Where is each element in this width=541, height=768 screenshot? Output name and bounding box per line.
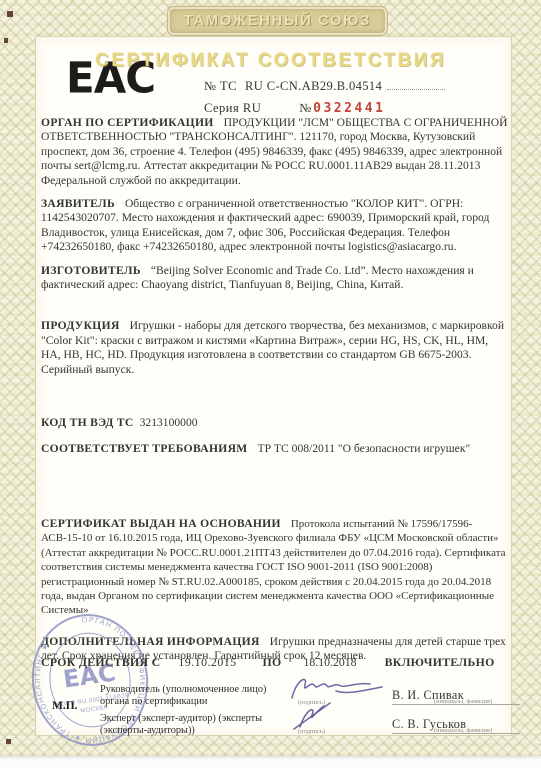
stamp-place-label: М.П. <box>52 700 78 712</box>
signature-field: (подпись) <box>280 713 392 739</box>
customs-union-badge-label: ТАМОЖЕННЫЙ СОЮЗ <box>183 12 370 29</box>
scan-mark <box>7 11 13 17</box>
section-basis: СЕРТИФИКАТ ВЫДАН НА ОСНОВАНИИПротокола и… <box>41 517 508 618</box>
section-compliance: СООТВЕТСТВУЕТ ТРЕБОВАНИЯМТР ТС 008/2011 … <box>41 442 508 456</box>
section-manufacturer-label: ИЗГОТОВИТЕЛЬ <box>41 264 141 277</box>
series-line: Серия RU№0322441 <box>204 101 445 116</box>
validity-to-date: 18.10.2018 <box>303 655 356 669</box>
customs-union-badge: ТАМОЖЕННЫЙ СОЮЗ <box>167 7 386 35</box>
section-product: ПРОДУКЦИЯИгрушки - наборы для детского т… <box>41 319 508 377</box>
validity-row: СРОК ДЕЙСТВИЯ С19.10.2015ПО18.10.2018ВКЛ… <box>41 655 495 670</box>
signatory-name-field: В. И. Спивак (инициалы, фамилия) <box>392 684 520 705</box>
dotted-line <box>387 79 445 90</box>
section-hs-code-value: 3213100000 <box>140 416 198 429</box>
section-applicant-label: ЗАЯВИТЕЛЬ <box>41 197 115 210</box>
series-label: Серия RU <box>204 101 261 115</box>
section-hs-code-label: КОД ТН ВЭД ТС <box>41 416 134 429</box>
signature-role: Руководитель (уполномоченное лицо) орган… <box>100 684 280 708</box>
section-compliance-text: ТР ТС 008/2011 "О безопасности игрушек" <box>258 442 471 455</box>
validity-to-label: ПО <box>263 655 282 669</box>
certificate-scan: ТАМОЖЕННЫЙ СОЮЗ СЕРТИФИКАТ СООТВЕТСТВИЯ … <box>0 0 541 756</box>
signatory-name-caption: (инициалы, фамилия) <box>434 727 492 734</box>
signature-role: Эксперт (эксперт-аудитор) (эксперты (экс… <box>100 713 280 737</box>
signatory-name-caption: (инициалы, фамилия) <box>434 698 492 705</box>
validity-from-date: 19.10.2015 <box>178 655 236 669</box>
series-number-value: 0322441 <box>313 101 385 116</box>
section-certification-body: ОРГАН ПО СЕРТИФИКАЦИИПРОДУКЦИИ "ЛСМ" ОБЩ… <box>41 116 508 188</box>
signature-caption: (подпись) <box>298 728 325 735</box>
section-product-label: ПРОДУКЦИЯ <box>41 319 120 332</box>
scan-mark <box>6 739 11 744</box>
section-applicant: ЗАЯВИТЕЛЬОбщество с ограниченной ответст… <box>41 197 508 255</box>
tc-number-label: № ТС <box>204 79 237 93</box>
certificate-number-line: № ТСRU C-CN.АВ29.В.04514 <box>204 79 445 94</box>
section-hs-code: КОД ТН ВЭД ТС3213100000 <box>41 416 508 430</box>
signature-row-expert: Эксперт (эксперт-аудитор) (эксперты (экс… <box>100 713 508 739</box>
series-number-sign: № <box>299 101 311 115</box>
certificate-title: СЕРТИФИКАТ СООТВЕТСТВИЯ <box>0 50 541 72</box>
signatory-name-field: С. В. Гуськов (инициалы, фамилия) <box>392 713 520 734</box>
signature-block: Руководитель (уполномоченное лицо) орган… <box>100 684 508 742</box>
section-manufacturer: ИЗГОТОВИТЕЛЬ“Beijing Solver Economic and… <box>41 264 508 293</box>
validity-inclusive-label: ВКЛЮЧИТЕЛЬНО <box>385 655 495 669</box>
tc-number-value: RU C-CN.АВ29.В.04514 <box>245 79 382 93</box>
certificate-body: ОРГАН ПО СЕРТИФИКАЦИИПРОДУКЦИИ "ЛСМ" ОБЩ… <box>41 116 508 664</box>
section-basis-label: СЕРТИФИКАТ ВЫДАН НА ОСНОВАНИИ <box>41 517 281 530</box>
validity-from-label: СРОК ДЕЙСТВИЯ С <box>41 655 160 669</box>
scan-mark <box>4 38 8 43</box>
section-certification-body-label: ОРГАН ПО СЕРТИФИКАЦИИ <box>41 116 214 129</box>
section-compliance-label: СООТВЕТСТВУЕТ ТРЕБОВАНИЯМ <box>41 442 248 455</box>
section-basis-text: Протокола испытаний № 17596/17596-АСВ-15… <box>41 518 506 616</box>
